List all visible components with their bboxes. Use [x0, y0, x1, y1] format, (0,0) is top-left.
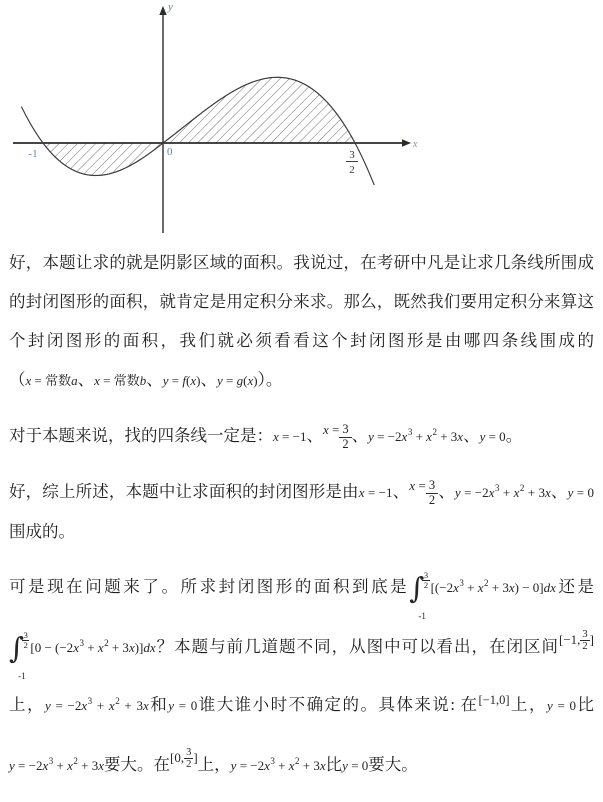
- text-run: 对于本题来说，找的四条线一定是：: [9, 426, 273, 445]
- fraction-denominator: 2: [339, 437, 351, 452]
- text-run: 上，: [9, 695, 45, 714]
- fraction-numerator: 3: [339, 423, 351, 437]
- upper-limit-fraction: 32: [422, 571, 429, 590]
- fraction-denominator: 2: [184, 758, 193, 770]
- fraction-three-halves: 32: [339, 423, 351, 452]
- text-run: ？本题与前几道题不同，从图中可以看出，在闭区间: [156, 637, 559, 656]
- separator: 、: [78, 370, 95, 389]
- integral-expression-1: ∫32-1[(−2x3 + x2 + 3x) − 0]dx: [409, 562, 556, 614]
- text-run: ）。: [258, 370, 283, 389]
- math-x-equals-const-a: x = 常数a: [26, 373, 78, 388]
- upper-limit-fraction: 32: [22, 631, 29, 650]
- fraction-numerator: 3: [22, 631, 29, 640]
- fraction-numerator: 3: [580, 629, 589, 640]
- text-run: 可是现在问题来了。所求封闭图形的面积到底是: [9, 577, 409, 596]
- shaded-region-left: [43, 143, 163, 175]
- integral-limits: 32-1: [422, 571, 429, 606]
- math-y-equals-zero: y = 0: [547, 698, 576, 713]
- separator: 、: [463, 426, 480, 445]
- separator: 、: [392, 482, 409, 501]
- lower-limit: -1: [418, 590, 426, 642]
- separator: 、: [200, 370, 217, 389]
- text-run: 还是: [556, 577, 594, 596]
- integrand-1: [(−2x3 + x2 + 3x) − 0]dx: [431, 562, 556, 614]
- text-run: 上，: [198, 755, 231, 774]
- lower-limit: -1: [18, 650, 26, 702]
- math-y-equals-zero: y = 0: [480, 429, 506, 444]
- math-cubic-function: y = −2x3 + x2 + 3x: [9, 758, 104, 773]
- interval-open: [−1,: [559, 614, 580, 666]
- fraction-numerator: 3: [422, 571, 429, 580]
- math-x-equals-const-b: x = 常数b: [94, 373, 146, 388]
- math-y-equals-fx: y = f(x): [163, 373, 201, 388]
- math-y-equals-zero: y = 0: [168, 698, 197, 713]
- text-run: 和: [149, 695, 168, 714]
- integral-expression-2: ∫32-1[0 − (−2x3 + x2 + 3x)]dx: [9, 622, 156, 674]
- paragraph-2: 对于本题来说，找的四条线一定是：x = −1、x =32、y = −2x3 + …: [0, 410, 603, 456]
- interval-close: ]: [590, 614, 594, 666]
- math-cubic-function: y = −2x3 + x2 + 3x: [368, 429, 463, 444]
- text-run: 要大。在: [104, 755, 170, 774]
- fraction-denominator: 2: [422, 580, 429, 590]
- text-run: 好，本题让求的就是阴影区域的面积。我说过，在考研中凡是让求几条线所围成的封闭图形…: [9, 253, 594, 389]
- fraction-three-halves: 32: [580, 629, 589, 652]
- fraction-three-halves: 32: [426, 479, 438, 508]
- separator: 、: [352, 426, 369, 445]
- fraction-numerator: 3: [426, 479, 438, 493]
- math-y-equals-zero: y = 0: [342, 758, 368, 773]
- text-run: 。: [506, 426, 523, 445]
- interval-minus1-zero: [−1,0]: [479, 693, 510, 707]
- fraction-three-halves: 32: [184, 747, 193, 770]
- x-axis-label: x: [412, 139, 418, 150]
- document-page: y x -1 0 3 2 好，本题让求的就是阴影区域的面积。我说过，在考研中凡是…: [0, 0, 603, 792]
- interval-minus1-threehalves: [−1,32]: [559, 614, 594, 666]
- math-x-equals: x =: [323, 422, 339, 437]
- graph-svg: y x -1 0 3 2: [0, 0, 450, 238]
- text-run: 上，: [510, 695, 547, 714]
- fraction-denominator: 2: [22, 640, 29, 650]
- y-axis-label: y: [167, 1, 173, 13]
- fraction-denominator: 2: [426, 493, 438, 508]
- x-axis-arrowhead: [402, 139, 411, 146]
- tick-label-threehalves-numerator: 3: [349, 149, 355, 161]
- function-graph: y x -1 0 3 2: [0, 0, 603, 238]
- tick-label-zero: 0: [167, 146, 173, 158]
- separator: 、: [146, 370, 163, 389]
- text-run: 好，综上所述，本题中让求面积的封闭图形是由: [9, 482, 359, 501]
- math-cubic-function: y = −2x3 + x2 + 3x: [231, 758, 326, 773]
- math-y-equals-gx: y = g(x): [217, 373, 258, 388]
- integral-limits: 32-1: [22, 631, 29, 666]
- math-x-equals-minus1: x = −1: [273, 429, 306, 444]
- integrand-2: [0 − (−2x3 + x2 + 3x)]dx: [30, 622, 155, 674]
- fraction-denominator: 2: [580, 640, 589, 652]
- tick-label-threehalves-denominator: 2: [349, 164, 355, 176]
- text-run: 比: [576, 695, 594, 714]
- math-x-equals: x =: [409, 478, 426, 493]
- separator: 、: [551, 482, 568, 501]
- text-run: 围成的。: [9, 522, 75, 541]
- text-run: 要大。: [368, 755, 418, 774]
- y-axis-arrowhead: [159, 6, 166, 15]
- math-cubic-function: y = −2x3 + x2 + 3x: [455, 485, 551, 500]
- interval-zero-threehalves: [0,32]: [170, 732, 198, 784]
- math-cubic-function: y = −2x3 + x2 + 3x: [45, 698, 149, 713]
- text-run: 比: [326, 755, 343, 774]
- fraction-numerator: 3: [184, 747, 193, 758]
- math-x-equals-minus1: x = −1: [359, 485, 393, 500]
- paragraph-4: 可是现在问题来了。所求封闭图形的面积到底是∫32-1[(−2x3 + x2 + …: [0, 561, 603, 792]
- paragraph-3: 好，综上所述，本题中让求面积的封闭图形是由x = −1、x =32、y = −2…: [0, 466, 603, 551]
- math-y-equals-zero: y = 0: [568, 485, 594, 500]
- paragraph-1: 好，本题让求的就是阴影区域的面积。我说过，在考研中凡是让求几条线所围成的封闭图形…: [0, 243, 603, 400]
- interval-open: [0,: [170, 732, 184, 784]
- shaded-region-right: [163, 77, 355, 143]
- tick-label-minus1: -1: [28, 148, 37, 160]
- separator: 、: [306, 426, 323, 445]
- text-run: 谁大谁小时不确定的。具体来说: 在: [197, 695, 478, 714]
- separator: 、: [438, 482, 455, 501]
